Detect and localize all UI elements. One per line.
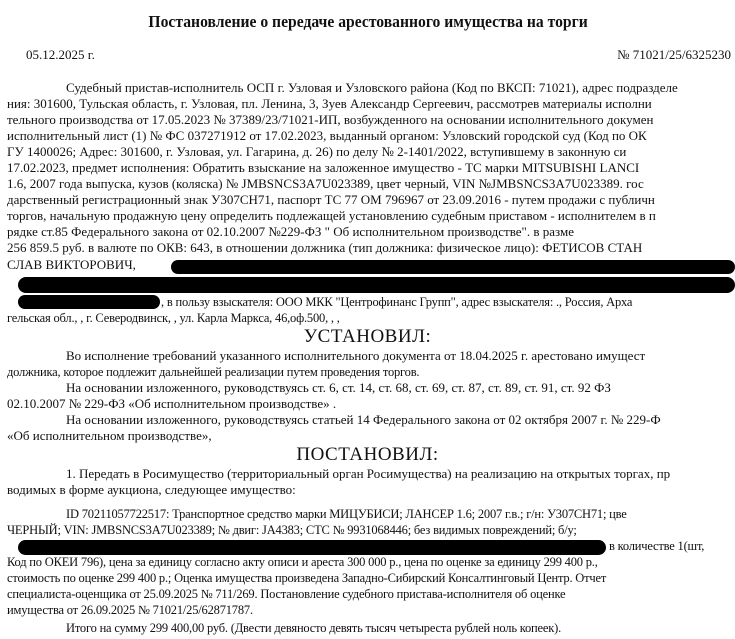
redaction-block [171, 260, 735, 274]
document-date: 05.12.2025 г. [26, 47, 95, 63]
intro-line: исполнительный лист (1) № ФС 037271912 о… [7, 128, 647, 144]
intro-line: торгов, начальную продажную цену определ… [7, 208, 656, 224]
valuation-line: Код по ОКЕИ 796), цена за единицу соглас… [7, 554, 598, 570]
document-number: № 71021/25/6325230 [617, 47, 731, 63]
valuation-line: стоимость по оценке 299 400 р.; Оценка и… [7, 570, 606, 586]
redaction-block [18, 295, 160, 309]
section-heading-resolved: ПОСТАНОВИЛ: [0, 444, 735, 466]
intro-line: Судебный пристав-исполнитель ОСП г. Узло… [66, 80, 678, 96]
intro-line: 1.6, 2007 года выпуска, кузов (коляска) … [7, 176, 644, 192]
total-sum-line: Итого на сумму 299 400,00 руб. (Двести д… [66, 620, 561, 636]
property-line: ID 70211057722517: Транспортное средство… [66, 506, 627, 522]
established-line: должника, которое подлежит дальнейшей ре… [7, 364, 419, 380]
creditor-line: , в пользу взыскателя: ООО МКК "Центрофи… [161, 294, 632, 310]
valuation-line: специалиста-оценщика от 25.09.2025 № 711… [7, 586, 565, 602]
intro-line: тельного производства от 17.05.2023 № 37… [7, 112, 653, 128]
established-line: На основании изложенного, руководствуясь… [66, 380, 611, 396]
document-title: Постановление о передаче арестованного и… [30, 12, 706, 32]
property-line: ЧЕРНЫЙ; VIN: JMBSNCS3A7U023389; № двиг: … [7, 522, 577, 538]
intro-line: дарственный регистрационный знак У307СН7… [7, 192, 655, 208]
section-heading-established: УСТАНОВИЛ: [0, 326, 735, 348]
intro-line: 17.02.2023, предмет исполнения: Обратить… [7, 160, 639, 176]
valuation-line: имущества от 26.09.2025 № 71021/25/62871… [7, 602, 253, 618]
redaction-block [18, 277, 735, 293]
established-line: На основании изложенного, руководствуясь… [66, 412, 661, 428]
creditor-line: гельская обл., , г. Северодвинск, , ул. … [7, 310, 340, 326]
established-line: «Об исполнительном производстве», [7, 428, 212, 444]
document-page: Постановление о передаче арестованного и… [0, 0, 735, 639]
intro-line: рядке ст.85 Федерального закона от 02.10… [7, 224, 574, 240]
resolved-line: водимых в форме аукциона, следующее имущ… [7, 482, 296, 498]
resolved-line: 1. Передать в Росимущество (территориаль… [66, 466, 670, 482]
established-line: Во исполнение требований указанного испо… [66, 348, 645, 364]
established-line: 02.10.2007 № 229-ФЗ «Об исполнительном п… [7, 396, 336, 412]
redaction-block [18, 540, 606, 555]
intro-line: 256 859.5 руб. в валюте по ОКВ: 643, в о… [7, 240, 642, 256]
intro-line: ния: 301600, Тульская область, г. Узлова… [7, 96, 652, 112]
intro-line: ГУ 1400026; Адрес: 301600, г. Узловая, у… [7, 144, 626, 160]
intro-line: СЛАВ ВИКТОРОВИЧ, [7, 257, 136, 273]
quantity-text: в количестве 1(шт, [609, 538, 704, 554]
